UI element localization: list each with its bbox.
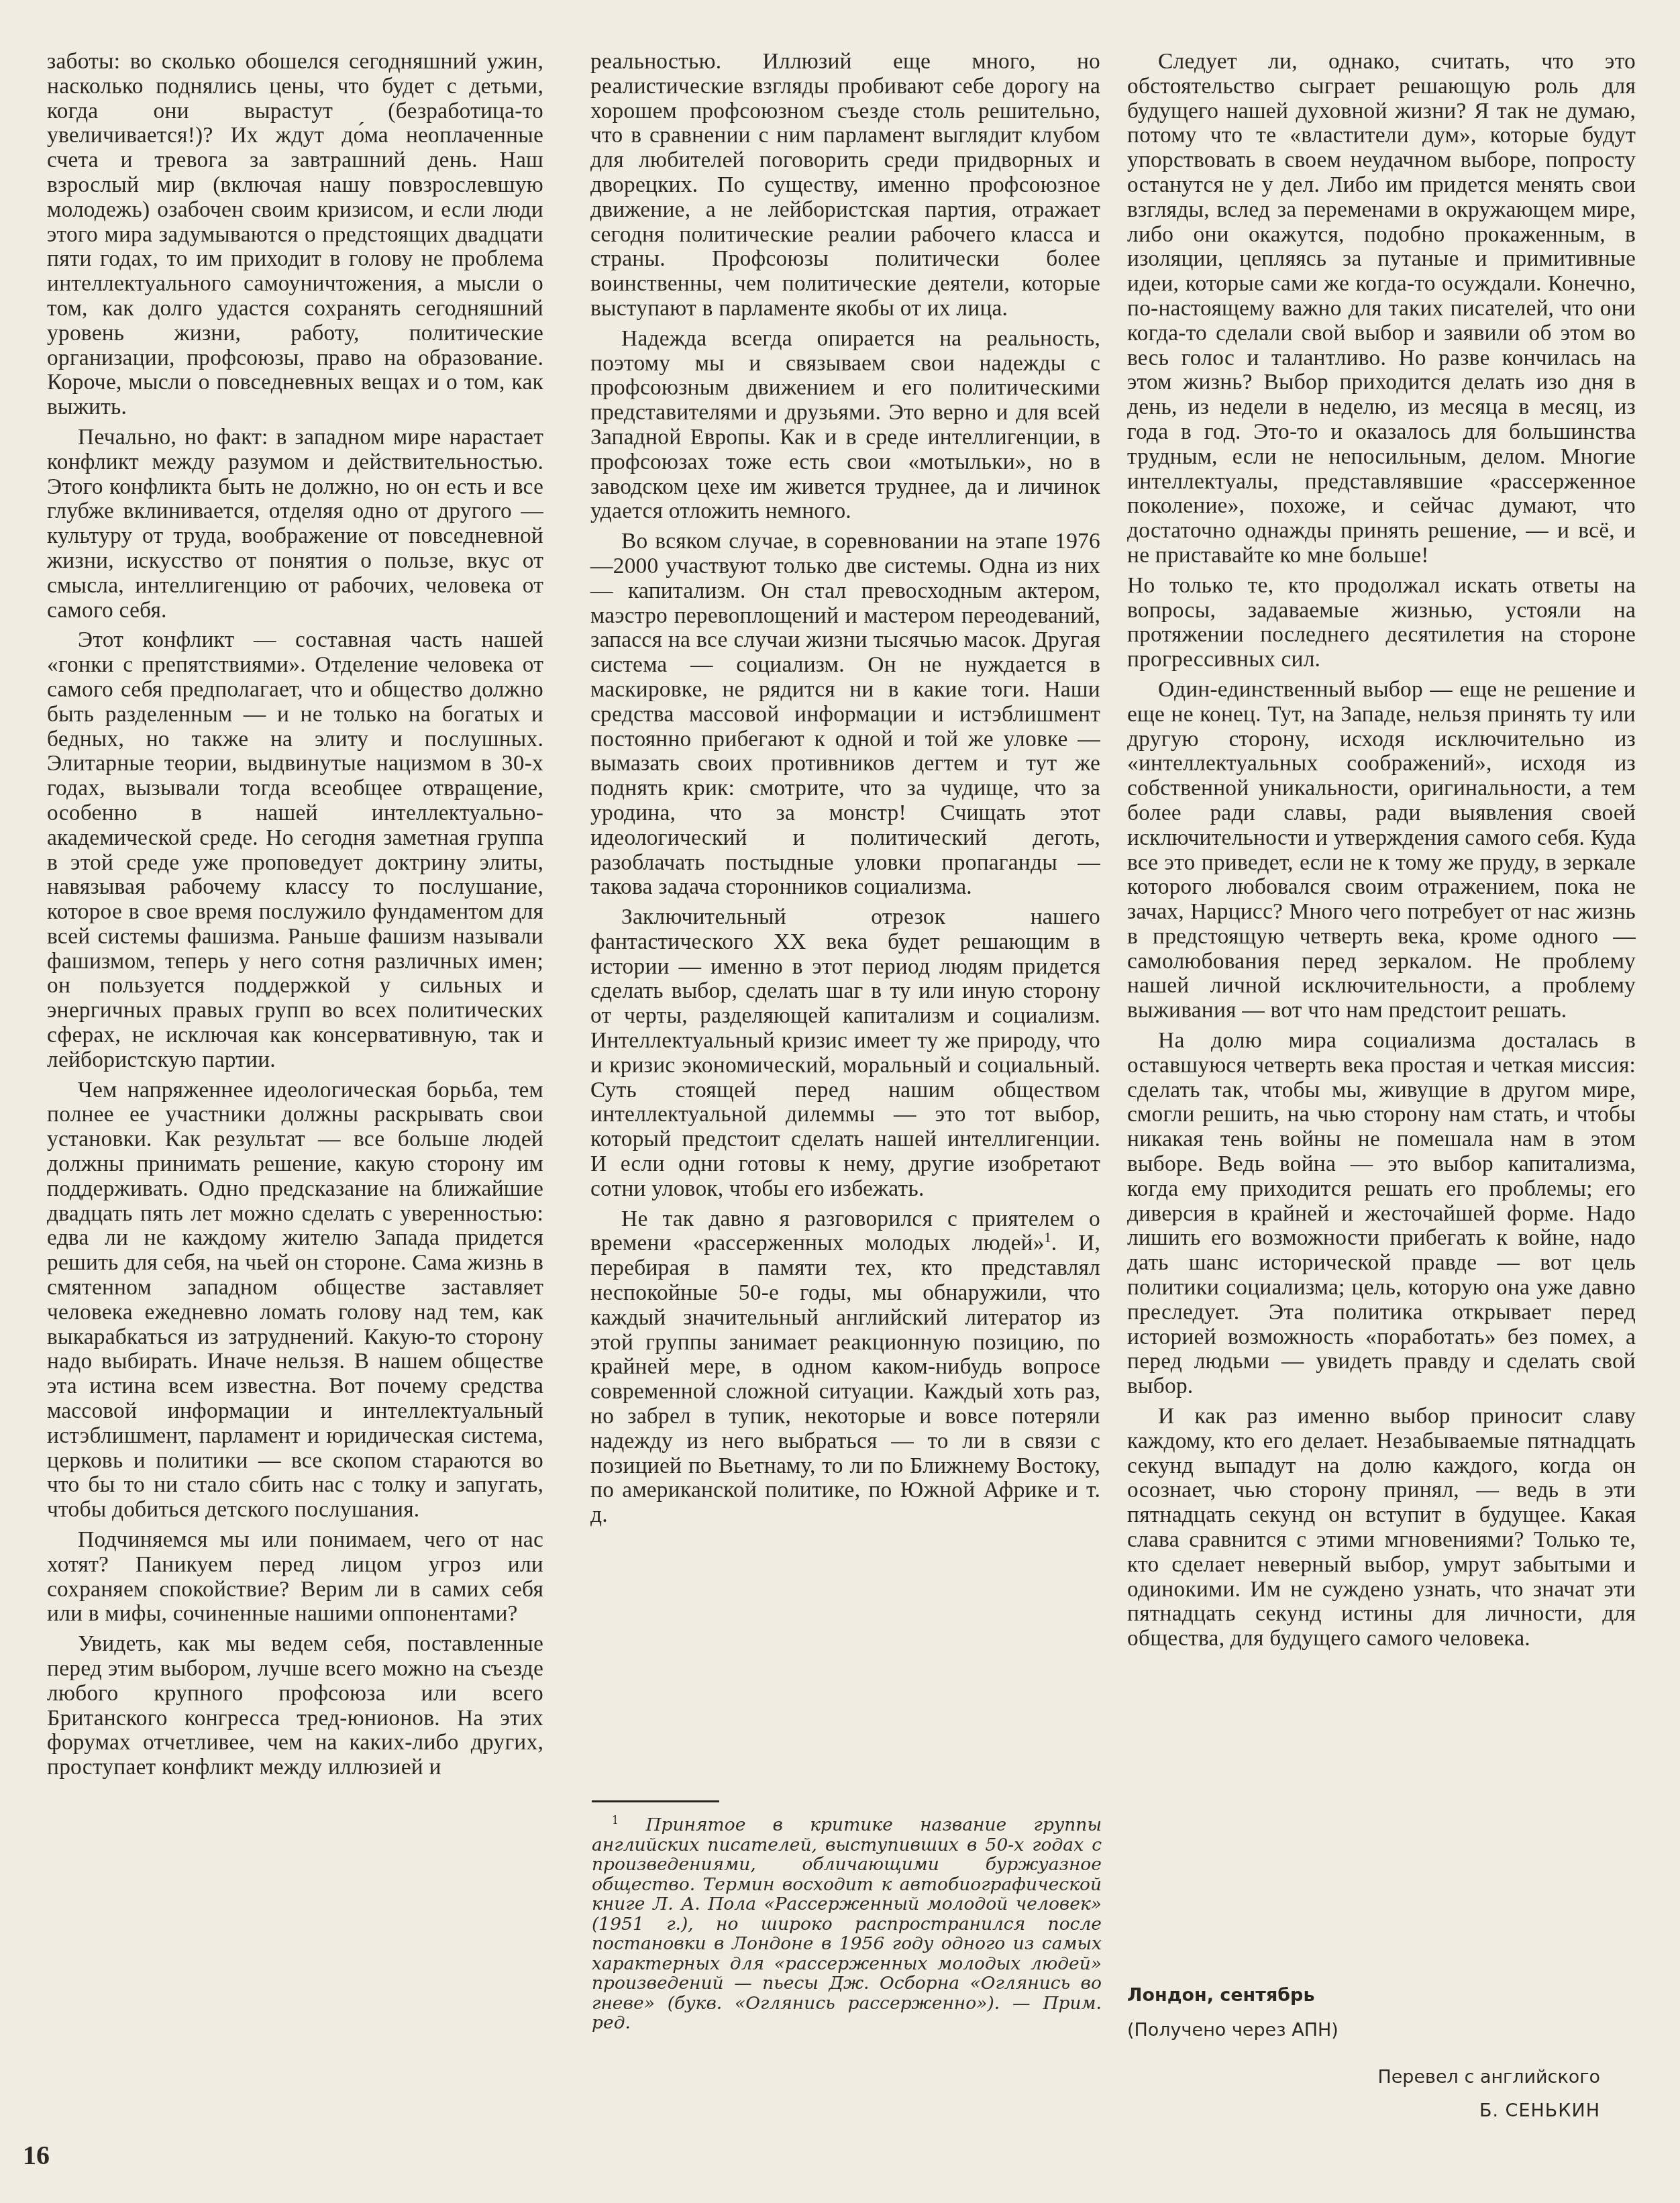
dateline: Лондон, сентябрь: [1127, 1985, 1636, 2006]
footnote: 1 Принятое в критике название группы анг…: [592, 1815, 1102, 2033]
paragraph: Но только те, кто продолжал искать ответ…: [1127, 574, 1636, 672]
paragraph: Во всяком случае, в соревновании на этап…: [590, 529, 1100, 900]
footnote-text: Принятое в критике название группы англи…: [592, 1814, 1102, 2033]
paragraph-text: . И, перебирая в памяти тех, кто предста…: [590, 1231, 1100, 1527]
paragraph: И как раз именно выбор приносит славу ка…: [1127, 1404, 1636, 1651]
page-number: 16: [23, 2139, 50, 2171]
paragraph-text: Не так давно я разговорился с приятелем …: [590, 1207, 1100, 1256]
translator-credit: Перевел с английского: [1127, 2067, 1600, 2088]
article-column-2: реальностью. Иллюзий еще много, но реали…: [590, 50, 1100, 1533]
source-note: (Получено через АПН): [1127, 2020, 1636, 2041]
footnote-marker: 1: [612, 1814, 619, 1827]
paragraph: Печально, но факт: в западном мире нарас…: [47, 425, 543, 623]
translator-name: Б. СЕНЬКИН: [1127, 2100, 1600, 2122]
paragraph: Надежда всегда опирается на реальность, …: [590, 327, 1100, 524]
paragraph: Заключительный отрезок нашего фантастиче…: [590, 905, 1100, 1202]
paragraph: заботы: во сколько обошелся сегодняшний …: [47, 50, 543, 420]
paragraph: Один-единственный выбор — еще не решение…: [1127, 678, 1636, 1023]
paragraph: Этот конфликт — составная часть нашей «г…: [47, 628, 543, 1072]
paragraph: Чем напряженнее идеологическая борьба, т…: [47, 1078, 543, 1523]
article-column-3: Следует ли, однако, считать, что это обс…: [1127, 50, 1636, 1657]
paragraph: Подчиняемся мы или понимаем, чего от нас…: [47, 1528, 543, 1627]
article-column-1: заботы: во сколько обошелся сегодняшний …: [47, 50, 543, 1786]
paragraph: реальностью. Иллюзий еще много, но реали…: [590, 50, 1100, 321]
footnote-reference[interactable]: 1: [1045, 1231, 1051, 1245]
paragraph: Следует ли, однако, считать, что это обс…: [1127, 50, 1636, 568]
footnote-divider: [592, 1800, 719, 1802]
paragraph: Увидеть, как мы ведем себя, поставленные…: [47, 1632, 543, 1780]
paragraph-with-footnote-ref: Не так давно я разговорился с приятелем …: [590, 1207, 1100, 1528]
paragraph: На долю мира социализма досталась в оста…: [1127, 1029, 1636, 1399]
